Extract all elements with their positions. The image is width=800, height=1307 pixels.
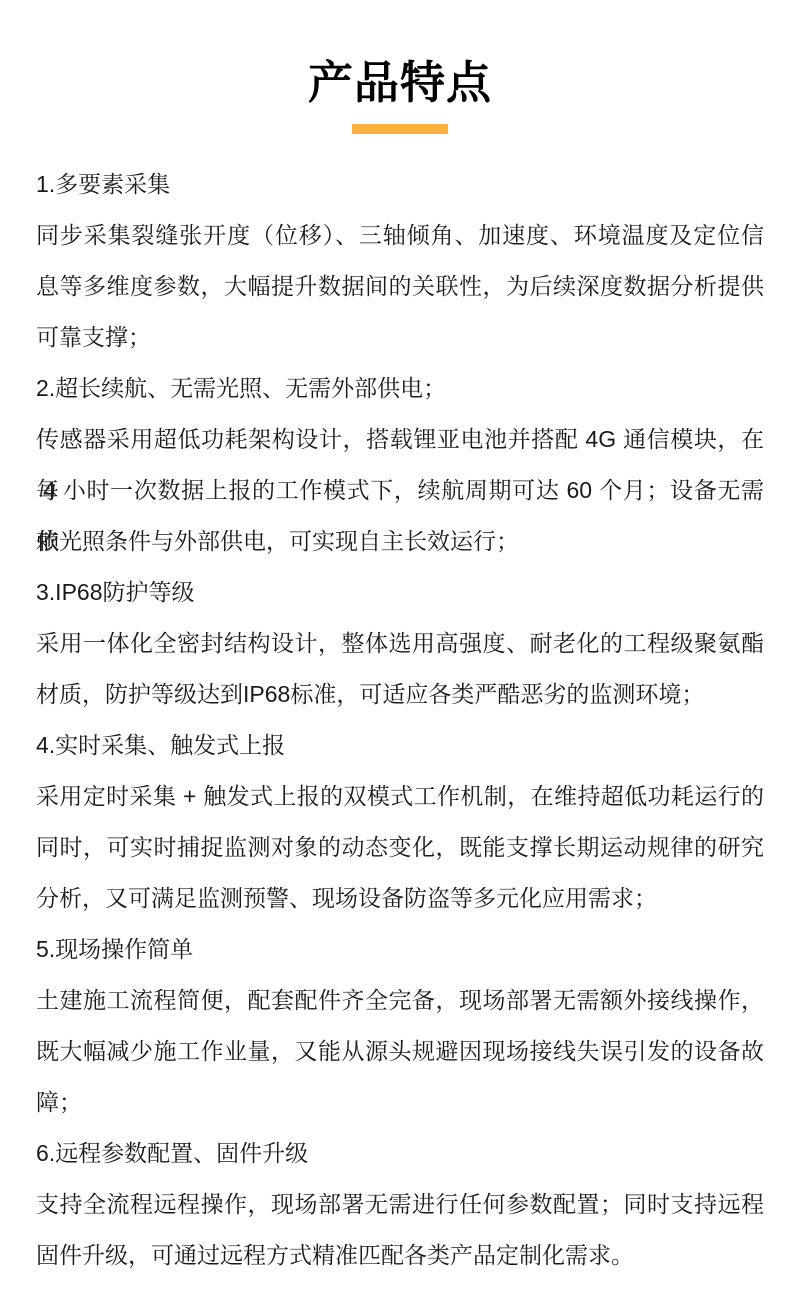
feature-list: 1.多要素采集 同步采集裂缝张开度（位移）、三轴倾角、加速度、环境温度及定位信 … <box>36 159 764 1281</box>
feature-text-line: 分析，又可满足监测预警、现场设备防盗等多元化应用需求； <box>36 873 764 924</box>
feature-section-1: 1.多要素采集 同步采集裂缝张开度（位移）、三轴倾角、加速度、环境温度及定位信 … <box>36 159 764 363</box>
feature-text-line: 赖光照条件与外部供电，可实现自主长效运行； <box>36 516 764 567</box>
feature-text-line: 传感器采用超低功耗架构设计，搭载锂亚电池并搭配 4G 通信模块，在每 <box>36 414 764 465</box>
feature-text-line: 材质，防护等级达到IP68标准，可适应各类严酷恶劣的监测环境； <box>36 669 764 720</box>
product-features-page: 产品特点 1.多要素采集 同步采集裂缝张开度（位移）、三轴倾角、加速度、环境温度… <box>0 0 800 1307</box>
feature-heading: 6.远程参数配置、固件升级 <box>36 1128 764 1179</box>
feature-text-line: 息等多维度参数，大幅提升数据间的关联性，为后续深度数据分析提供 <box>36 261 764 312</box>
feature-heading: 3.IP68防护等级 <box>36 567 764 618</box>
feature-text-line: 采用定时采集 + 触发式上报的双模式工作机制，在维持超低功耗运行的 <box>36 771 764 822</box>
feature-text-line: 4 小时一次数据上报的工作模式下，续航周期可达 60 个月；设备无需依 <box>36 465 764 516</box>
feature-text-line: 固件升级，可通过远程方式精准匹配各类产品定制化需求。 <box>36 1230 764 1281</box>
feature-section-3: 3.IP68防护等级 采用一体化全密封结构设计，整体选用高强度、耐老化的工程级聚… <box>36 567 764 720</box>
feature-text-line: 采用一体化全密封结构设计，整体选用高强度、耐老化的工程级聚氨酯 <box>36 618 764 669</box>
feature-text-line: 既大幅减少施工作业量，又能从源头规避因现场接线失误引发的设备故 <box>36 1026 764 1077</box>
feature-heading: 2.超长续航、无需光照、无需外部供电； <box>36 363 764 414</box>
feature-text-line: 障； <box>36 1077 764 1128</box>
feature-section-6: 6.远程参数配置、固件升级 支持全流程远程操作，现场部署无需进行任何参数配置；同… <box>36 1128 764 1281</box>
feature-text-line: 同步采集裂缝张开度（位移）、三轴倾角、加速度、环境温度及定位信 <box>36 210 764 261</box>
feature-heading: 4.实时采集、触发式上报 <box>36 720 764 771</box>
feature-text-line: 可靠支撑； <box>36 312 764 363</box>
feature-text-line: 土建施工流程简便，配套配件齐全完备，现场部署无需额外接线操作， <box>36 975 764 1026</box>
feature-section-4: 4.实时采集、触发式上报 采用定时采集 + 触发式上报的双模式工作机制，在维持超… <box>36 720 764 924</box>
feature-section-5: 5.现场操作简单 土建施工流程简便，配套配件齐全完备，现场部署无需额外接线操作，… <box>36 924 764 1128</box>
title-underline <box>352 124 448 134</box>
feature-section-2: 2.超长续航、无需光照、无需外部供电； 传感器采用超低功耗架构设计，搭载锂亚电池… <box>36 363 764 567</box>
feature-heading: 1.多要素采集 <box>36 159 764 210</box>
feature-text-line: 支持全流程远程操作，现场部署无需进行任何参数配置；同时支持远程 <box>36 1179 764 1230</box>
feature-text-line: 同时，可实时捕捉监测对象的动态变化，既能支撑长期运动规律的研究 <box>36 822 764 873</box>
page-title: 产品特点 <box>0 56 800 110</box>
feature-heading: 5.现场操作简单 <box>36 924 764 975</box>
